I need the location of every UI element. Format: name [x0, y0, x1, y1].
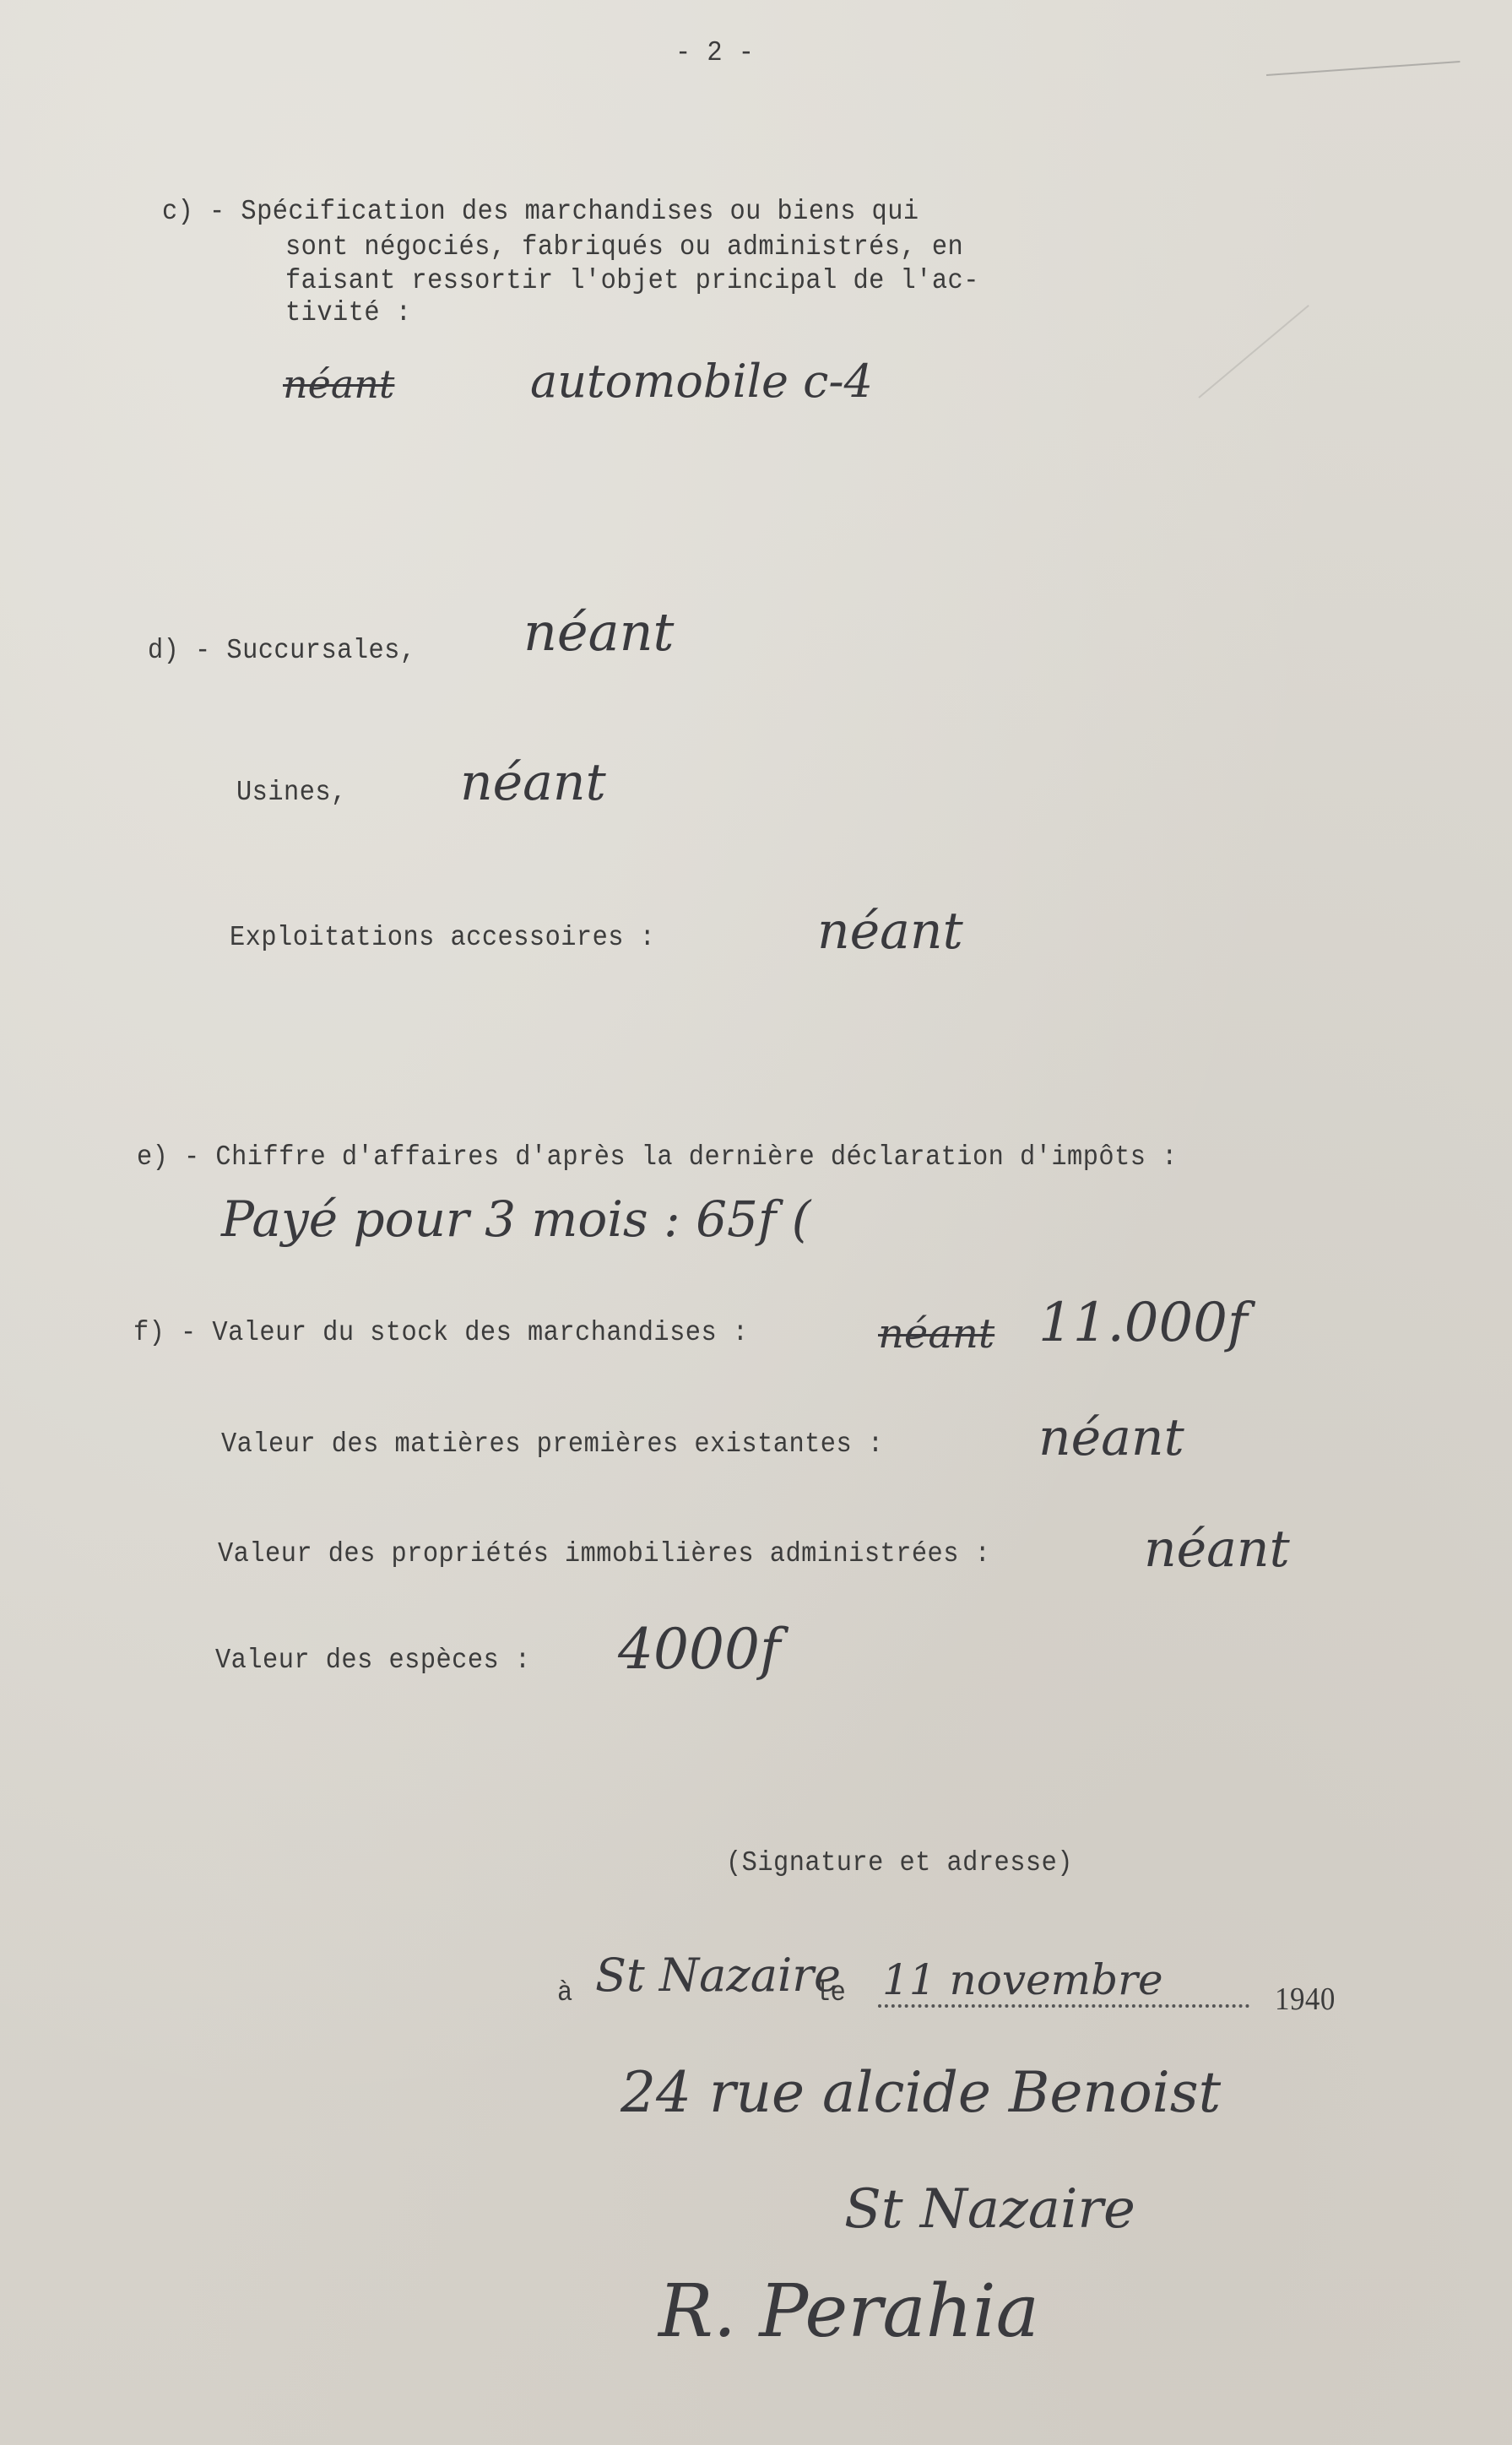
section-f-especes-label: Valeur des espèces :	[215, 1645, 531, 1676]
section-e-answer: Payé pour 3 mois : 65f (	[221, 1190, 810, 1248]
section-f-matieres-label: Valeur des matières premières existantes…	[221, 1429, 884, 1460]
signature-date-prefix: le	[815, 1977, 846, 2009]
section-c-line4: tivité :	[285, 297, 411, 328]
signature-address-line1: 24 rue alcide Benoist	[621, 2060, 1221, 2125]
signature-address-line2: St Nazaire	[844, 2178, 1135, 2241]
section-c-line3: faisant ressortir l'objet principal de l…	[285, 265, 979, 296]
section-c-line2: sont négociés, fabriqués ou administrés,…	[285, 231, 963, 263]
paper-crease	[1266, 61, 1461, 76]
section-c-label: c) - Spécification des marchandises ou b…	[162, 196, 919, 227]
signature-date: 11 novembre	[882, 1955, 1163, 2004]
section-f-proprietes-value: néant	[1144, 1520, 1290, 1579]
page-number: - 2 -	[675, 37, 754, 68]
date-dotted-leader	[878, 2004, 1249, 2008]
signature-caption: (Signature et adresse)	[726, 1847, 1073, 1878]
section-d-succursales-value: néant	[523, 601, 674, 663]
section-f-matieres-value: néant	[1038, 1408, 1184, 1467]
section-d-usines-label: Usines,	[236, 777, 347, 808]
section-f-stock-struck-value: néant	[878, 1310, 994, 1358]
section-c-struck-answer: néant	[283, 361, 394, 407]
section-c-answer: automobile c-4	[530, 355, 873, 408]
section-f-stock-label: f) - Valeur du stock des marchandises :	[133, 1317, 748, 1348]
document-page: - 2 - c) - Spécification des marchandise…	[0, 0, 1512, 2445]
section-d-succursales-label: d) - Succursales,	[148, 635, 416, 666]
section-f-stock-value: 11.000f	[1038, 1292, 1248, 1354]
signature-place: St Nazaire	[595, 1949, 841, 2002]
section-d-usines-value: néant	[460, 753, 606, 812]
section-d-exploitations-value: néant	[817, 902, 963, 961]
signature-place-prefix: à	[557, 1977, 573, 2009]
section-e-label: e) - Chiffre d'affaires d'après la derni…	[137, 1141, 1178, 1173]
section-d-exploitations-label: Exploitations accessoires :	[230, 922, 655, 953]
signature-name: R. Perahia	[658, 2269, 1039, 2354]
section-f-proprietes-label: Valeur des propriétés immobilières admin…	[218, 1538, 990, 1569]
signature-year: 1940	[1275, 1981, 1336, 2018]
section-f-especes-value: 4000f	[618, 1617, 780, 1682]
paper-crease	[1198, 305, 1309, 398]
